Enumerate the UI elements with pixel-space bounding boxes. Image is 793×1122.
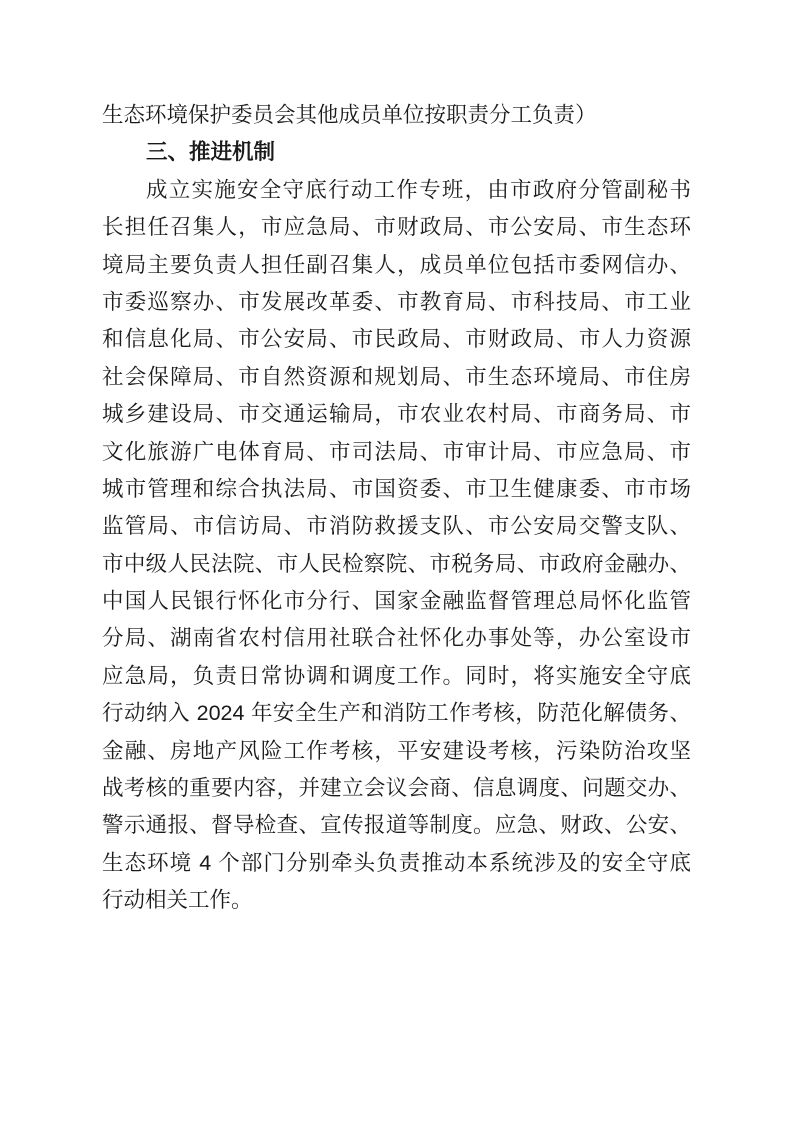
body-line: 市委巡察办、市发展改革委、市教育局、市科技局、市工业 [102,284,691,321]
body-line: 生态环境 4 个部门分别牵头负责推动本系统涉及的安全守底 [102,845,691,882]
body-line: 金融、房地产风险工作考核，平安建设考核，污染防治攻坚 [102,733,691,770]
body-line: 应急局，负责日常协调和调度工作。同时，将实施安全守底 [102,658,691,695]
text-block: 生态环境保护委员会其他成员单位按职责分工负责） 三、推进机制 成立实施安全守底行… [102,97,691,920]
section-heading: 三、推进机制 [102,134,691,171]
body-line: 成立实施安全守底行动工作专班，由市政府分管副秘书 [102,172,691,209]
body-line: 市中级人民法院、市人民检察院、市税务局、市政府金融办、 [102,546,691,583]
body-line: 分局、湖南省农村信用社联合社怀化办事处等，办公室设市 [102,620,691,657]
body-line: 长担任召集人，市应急局、市财政局、市公安局、市生态环 [102,209,691,246]
continuation-paragraph-end-line: 生态环境保护委员会其他成员单位按职责分工负责） [102,97,691,134]
body-line: 文化旅游广电体育局、市司法局、市审计局、市应急局、市 [102,434,691,471]
body-line: 城市管理和综合执法局、市国资委、市卫生健康委、市市场 [102,471,691,508]
body-line: 行动纳入 2024 年安全生产和消防工作考核，防范化解债务、 [102,695,691,732]
body-line: 战考核的重要内容，并建立会议会商、信息调度、问题交办、 [102,770,691,807]
body-line: 境局主要负责人担任副召集人，成员单位包括市委网信办、 [102,247,691,284]
body-line: 警示通报、督导检查、宣传报道等制度。应急、财政、公安、 [102,807,691,844]
body-line: 中国人民银行怀化市分行、国家金融监督管理总局怀化监管 [102,583,691,620]
body-line: 监管局、市信访局、市消防救援支队、市公安局交警支队、 [102,508,691,545]
body-line: 和信息化局、市公安局、市民政局、市财政局、市人力资源 [102,321,691,358]
body-line: 社会保障局、市自然资源和规划局、市生态环境局、市住房 [102,359,691,396]
document-page: 生态环境保护委员会其他成员单位按职责分工负责） 三、推进机制 成立实施安全守底行… [0,0,793,1122]
body-line: 城乡建设局、市交通运输局，市农业农村局、市商务局、市 [102,396,691,433]
paragraph-last-line: 行动相关工作。 [102,882,691,919]
